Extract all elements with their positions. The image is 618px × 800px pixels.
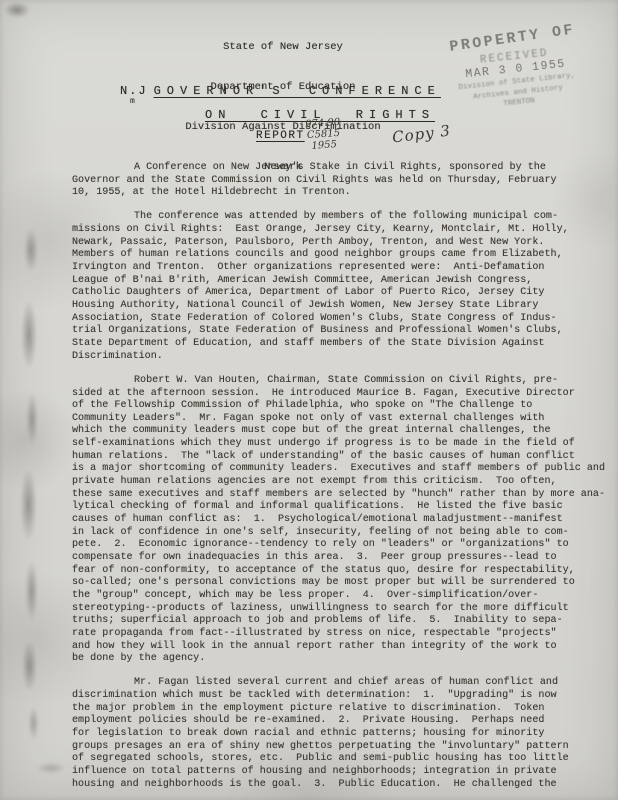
- scan-smudge: [36, 762, 66, 774]
- scan-smudge: [4, 2, 30, 18]
- paragraph-fagan-speech: Robert W. Van Houten, Chairman, State Co…: [72, 375, 612, 666]
- paragraph-conference-overview: A Conference on New Jersey's Stake in Ci…: [72, 162, 612, 200]
- scan-smudge: [28, 706, 39, 740]
- scan-smudge: [26, 392, 38, 446]
- paragraph-conflict-areas: Mr. Fagan listed several current and chi…: [72, 677, 612, 791]
- scanned-document-page: State of New Jersey Department of Educat…: [0, 0, 618, 800]
- letterhead-line-state: State of New Jersey: [0, 41, 566, 54]
- title-handwritten-prefix: N.J: [120, 84, 148, 98]
- title-prefix-annotation: m: [130, 97, 135, 106]
- title-governors-conference: GOVERNOR'S CONFERENCE: [154, 84, 441, 98]
- scan-smudge: [21, 300, 37, 370]
- scan-smudge: [24, 228, 38, 272]
- document-title-line-1: N.JmGOVERNOR'S CONFERENCE: [120, 84, 441, 98]
- handwritten-call-number: 974.90 C5815 1955: [305, 117, 342, 152]
- scan-smudge: [20, 468, 37, 542]
- scan-smudge: [25, 560, 38, 622]
- report-label: REPORT: [256, 130, 305, 142]
- scan-smudge: [22, 640, 37, 692]
- document-body: A Conference on New Jersey's Stake in Ci…: [72, 162, 612, 800]
- paragraph-attendees: The conference was attended by members o…: [72, 211, 612, 363]
